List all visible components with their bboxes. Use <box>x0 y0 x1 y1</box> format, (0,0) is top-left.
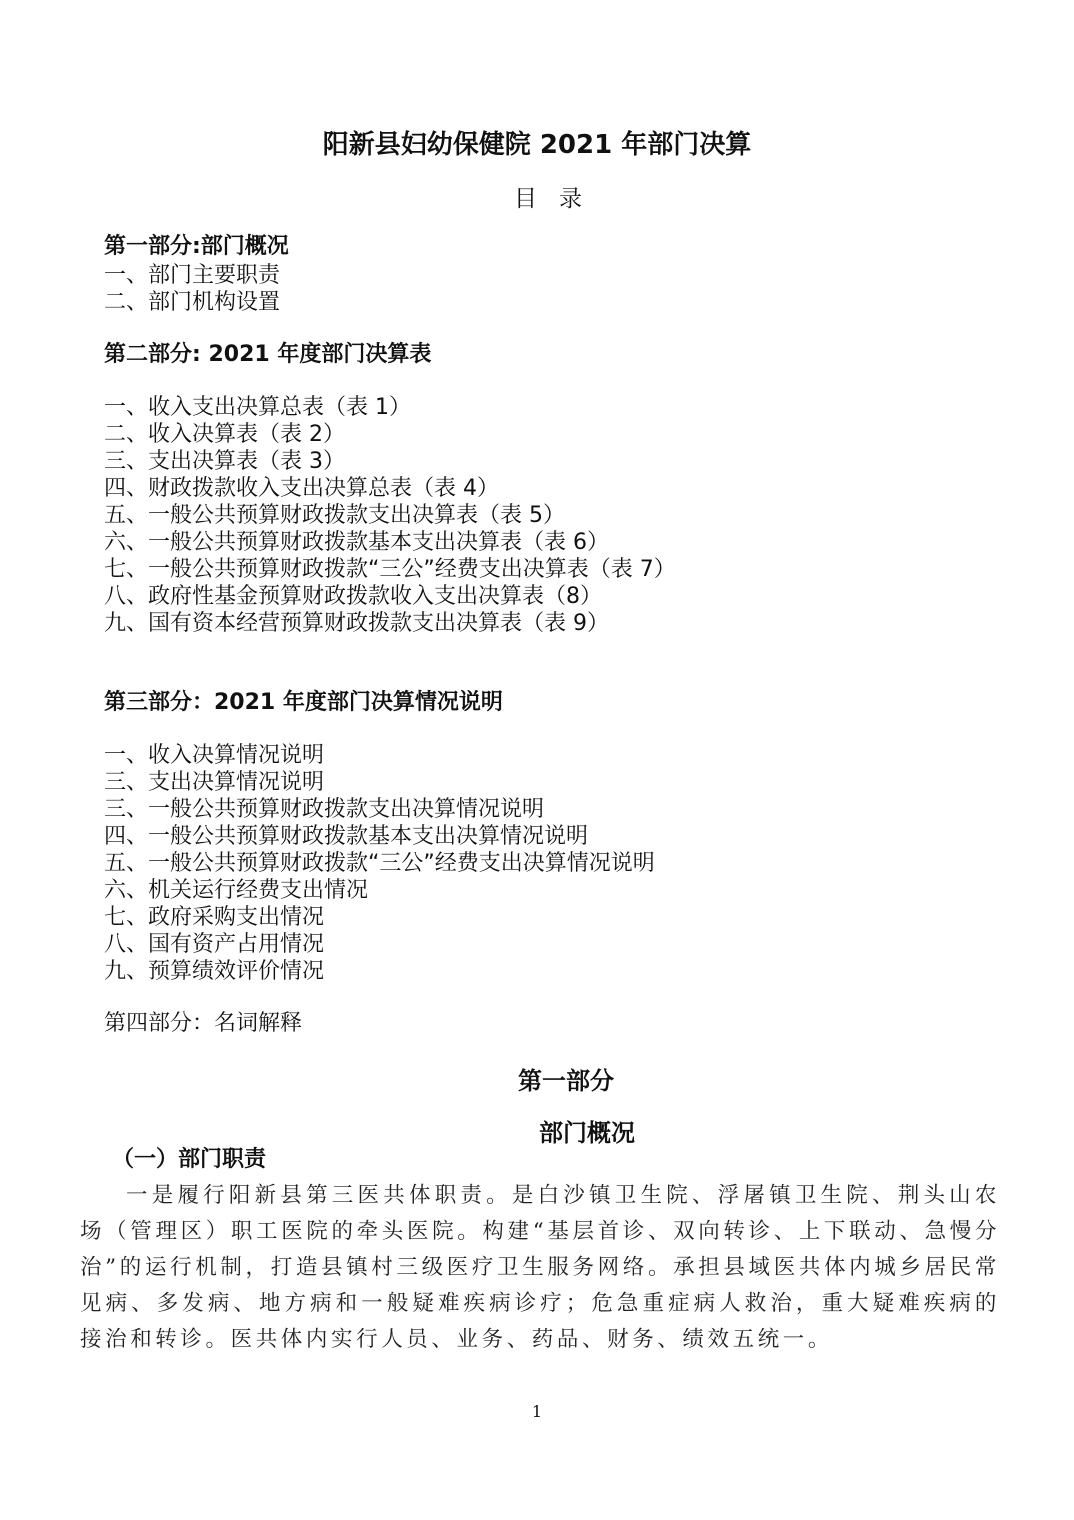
document-title: 阳新县妇幼保健院 2021 年部门决算 <box>0 124 1074 161</box>
section-sub-heading: （一）部门职责 <box>112 1142 266 1173</box>
toc-part2-heading: 第二部分: 2021 年度部门决算表 <box>104 341 431 369</box>
toc-item: 五、一般公共预算财政拨款“三公”经费支出决算情况说明 <box>104 850 655 877</box>
toc-item: 八、国有资产占用情况 <box>104 931 655 958</box>
toc-item: 三、一般公共预算财政拨款支出决算情况说明 <box>104 796 655 823</box>
toc-part2-list: 一、收入支出决算总表（表 1） 二、收入决算表（表 2） 三、支出决算表（表 3… <box>104 394 676 637</box>
toc-part3-list: 一、收入决算情况说明 三、支出决算情况说明 三、一般公共预算财政拨款支出决算情况… <box>104 742 655 985</box>
toc-item: 三、支出决算情况说明 <box>104 769 655 796</box>
toc-item: 五、一般公共预算财政拨款支出决算表（表 5） <box>104 502 676 529</box>
toc-item: 九、预算绩效评价情况 <box>104 958 655 985</box>
toc-item: 一、收入支出决算总表（表 1） <box>104 394 676 421</box>
section-paragraph: 一是履行阳新县第三医共体职责。是白沙镇卫生院、浮屠镇卫生院、荆头山农场（管理区）… <box>80 1178 1000 1358</box>
page-number: 1 <box>0 1402 1074 1421</box>
toc-item: 八、政府性基金预算财政拨款收入支出决算表（8） <box>104 583 676 610</box>
toc-part4-heading: 第四部分：名词解释 <box>104 1010 302 1038</box>
toc-item: 四、财政拨款收入支出决算总表（表 4） <box>104 475 676 502</box>
toc-item: 三、支出决算表（表 3） <box>104 448 676 475</box>
toc-item: 一、收入决算情况说明 <box>104 742 655 769</box>
toc-item: 四、一般公共预算财政拨款基本支出决算情况说明 <box>104 823 655 850</box>
toc-part1-heading: 第一部分:部门概况 <box>104 233 289 261</box>
toc-part3-heading: 第三部分：2021 年度部门决算情况说明 <box>104 689 503 717</box>
toc-item: 七、一般公共预算财政拨款“三公”经费支出决算表（表 7） <box>104 556 676 583</box>
section-part-title: 第一部分 <box>0 1061 1074 1096</box>
toc-item: 二、收入决算表（表 2） <box>104 421 676 448</box>
toc-item: 六、机关运行经费支出情况 <box>104 877 655 904</box>
toc-item: 六、一般公共预算财政拨款基本支出决算表（表 6） <box>104 529 676 556</box>
toc-title: 目录 <box>0 180 1074 213</box>
toc-item: 二、部门机构设置 <box>104 289 280 316</box>
toc-item: 一、部门主要职责 <box>104 262 280 289</box>
toc-item: 九、国有资本经营预算财政拨款支出决算表（表 9） <box>104 610 676 637</box>
toc-part1-list: 一、部门主要职责 二、部门机构设置 <box>104 262 280 316</box>
toc-item: 七、政府采购支出情况 <box>104 904 655 931</box>
